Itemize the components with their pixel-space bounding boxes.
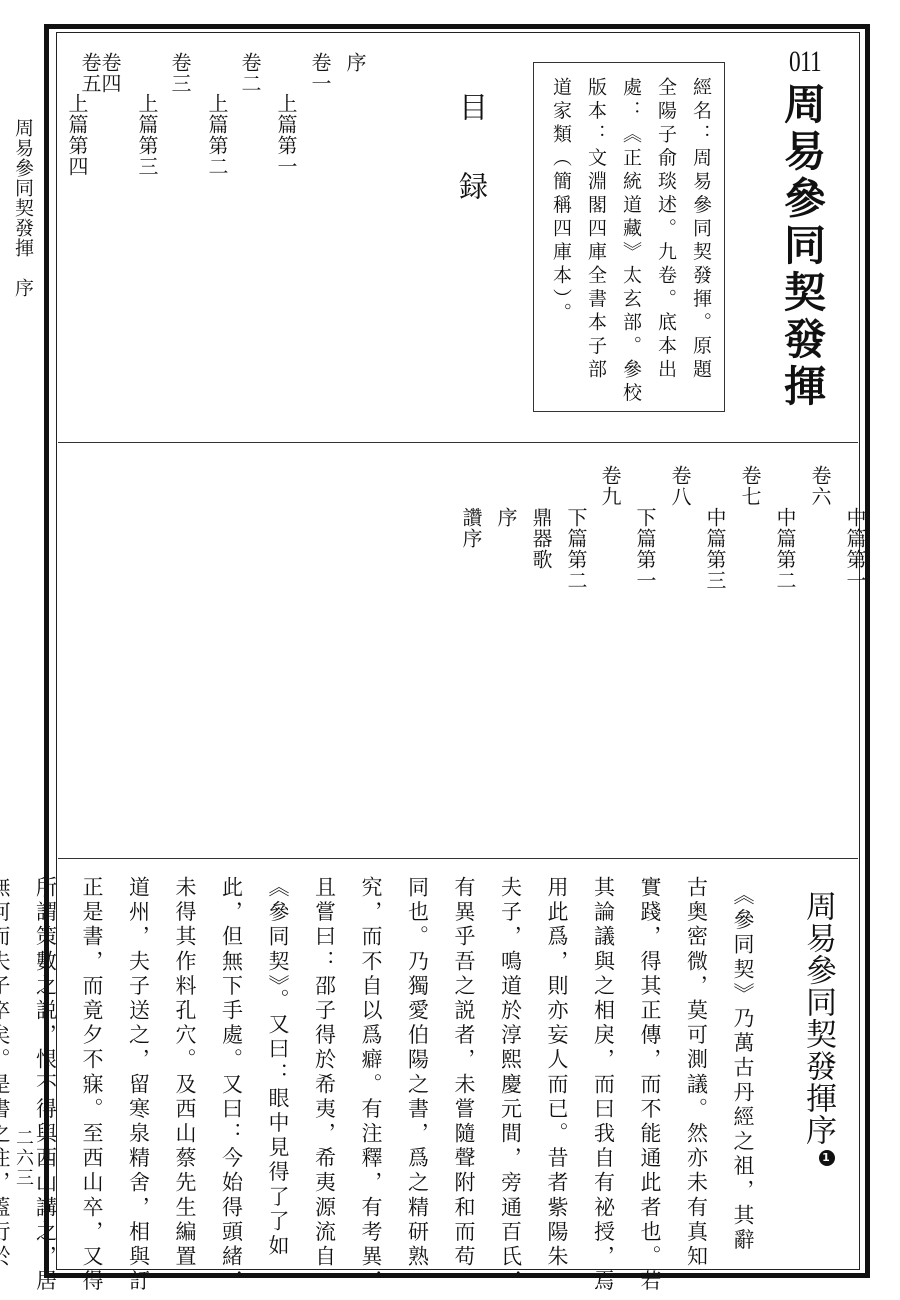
running-head: 周易參同契發揮 序 [8, 118, 38, 358]
preface-line: 用此爲，則亦妄人而已。昔者紫陽朱 [534, 876, 581, 1266]
toc-entry-juan-5[interactable]: 卷五 [78, 52, 102, 94]
toc-entry-juan-9[interactable]: 卷九 [598, 465, 622, 507]
toc-entry-juan-2[interactable]: 卷二 [238, 52, 262, 94]
info-line: 道家類（簡稱四庫本）。 [543, 77, 578, 407]
preface-line: 究，而不自以爲癖。有注釋，有考異， [348, 876, 395, 1266]
toc-entry-preface[interactable]: 序 [343, 52, 367, 73]
toc-entry-dingqi-ge[interactable]: 鼎器歌 [529, 507, 553, 570]
preface-line: 同也。乃獨愛伯陽之書，爲之精研熟 [394, 876, 441, 1266]
toc-entry-juan-8[interactable]: 卷八 [668, 465, 692, 507]
toc-entry-juan-6[interactable]: 卷六 [808, 465, 832, 507]
toc-entry-zhong-3[interactable]: 中篇第三 [703, 507, 727, 591]
section-divider-bottom [58, 858, 858, 859]
toc-entry-juan-7[interactable]: 卷七 [738, 465, 762, 507]
preface-line: 正是書，而竟夕不寐。至西山卒，又得 [69, 876, 116, 1266]
toc-entry-xia-1[interactable]: 下篇第一 [633, 507, 657, 591]
preface-line: 《參同契》。又曰：眼中見得了了如 [255, 876, 302, 1266]
preface-line: 道州，夫子送之，留寒泉精舍，相與訂 [115, 876, 162, 1266]
preface-line: 未得其作料孔穴。及西山蔡先生編置 [162, 876, 209, 1266]
info-line: 全陽子俞琰述。九卷。底本出 [648, 77, 683, 407]
preface-line: 實踐，得其正傳，而不能通此者也。若 [627, 876, 674, 1266]
toc-entry-zanxu[interactable]: 讚序 [459, 507, 483, 549]
preface-line: 《參同契》乃萬古丹經之祖，其辭 [720, 876, 767, 1266]
info-line: 經名：周易參同契發揮。原題 [683, 77, 718, 407]
toc-entry-shang-2[interactable]: 上篇第二 [205, 93, 229, 177]
preface-title-text: 周易參同契發揮序 [800, 890, 836, 1146]
toc-entry-shang-1[interactable]: 上篇第一 [274, 93, 298, 177]
toc-entry-xu[interactable]: 序 [494, 507, 518, 528]
preface-title: 周易參同契發揮序1 [798, 890, 838, 1166]
book-title: 周易參同契發揮 [776, 82, 828, 411]
toc-entry-zhong-1[interactable]: 中篇第一 [843, 507, 867, 591]
preface-line: 夫子，鳴道於淳熙慶元間，旁通百氏， [487, 876, 534, 1266]
toc-entry-juan-1[interactable]: 卷一 [308, 52, 332, 94]
info-line: 版本：文淵閣四庫全書本子部 [578, 77, 613, 407]
toc-entry-shang-3[interactable]: 上篇第三 [135, 93, 159, 177]
preface-line: 且嘗曰：邵子得於希夷，希夷源流自 [301, 876, 348, 1266]
info-line: 處：《正統道藏》太玄部。參校 [613, 77, 648, 407]
toc-entry-xia-2[interactable]: 下篇第二 [564, 507, 588, 591]
toc-entry-shang-4[interactable]: 上篇第四 [65, 93, 89, 177]
toc-heading: 目録 [452, 92, 492, 250]
preface-line: 其論議與之相戾，而曰我自有祕授，焉 [580, 876, 627, 1266]
preface-body: 《參同契》乃萬古丹經之祖，其辭 古奥密微，莫可測議。然亦未有真知 實踐，得其正傳… [76, 876, 766, 1266]
bibliographic-info-box: 經名：周易參同契發揮。原題 全陽子俞琰述。九卷。底本出 處：《正統道藏》太玄部。… [533, 62, 725, 412]
preface-line: 所謂策數之説，恨不得與西山講之，居 [22, 876, 69, 1266]
preface-line: 古奥密微，莫可測議。然亦未有真知 [673, 876, 720, 1266]
preface-line: 有異乎吾之説者，未嘗隨聲附和而苟 [441, 876, 488, 1266]
toc-entry-zhong-2[interactable]: 中篇第二 [773, 507, 797, 591]
book-number: 011 [786, 45, 825, 79]
footnote-marker[interactable]: 1 [819, 1150, 835, 1166]
preface-line: 此，但無下手處。又曰：今始得頭緒， [208, 876, 255, 1266]
section-divider-top [58, 442, 858, 443]
preface-line: 無何而夫子卒矣。是書之注，蓋行於 [0, 876, 22, 1266]
toc-entry-juan-3[interactable]: 卷三 [168, 52, 192, 94]
